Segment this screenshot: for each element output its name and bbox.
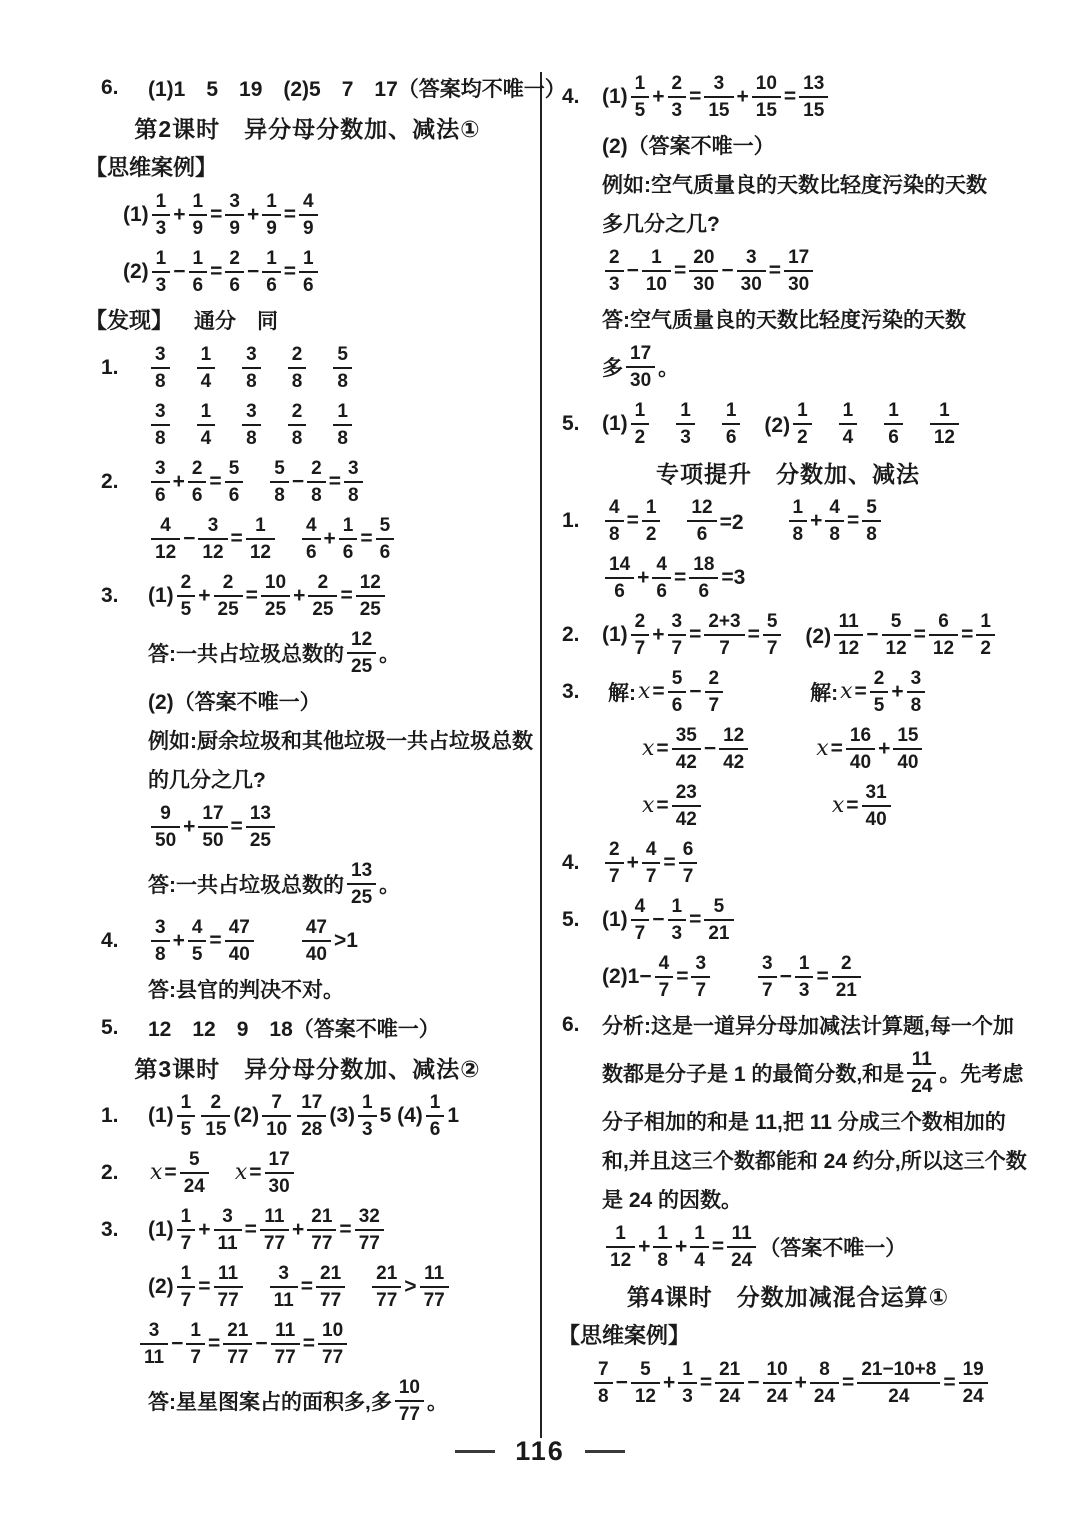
- text-run: 的几分之几?: [148, 764, 266, 794]
- fraction-numerator: 1: [152, 190, 171, 216]
- fraction-denominator: 6: [339, 540, 358, 564]
- fraction: 186: [689, 553, 718, 603]
- fraction-numerator: 16: [846, 724, 875, 750]
- fraction-denominator: 24: [727, 1248, 756, 1272]
- fraction-numerator: 6: [929, 610, 958, 636]
- fraction-numerator: 1: [676, 399, 695, 425]
- fraction-numerator: 1: [668, 895, 687, 921]
- fraction: 18: [789, 496, 808, 546]
- text-run: 和,并且这三个数都能和 24 约分,所以这三个数: [602, 1145, 1027, 1175]
- fraction: 3542: [672, 724, 701, 774]
- fraction-numerator: 17: [198, 802, 227, 828]
- answer-line: 和,并且这三个数都能和 24 约分,所以这三个数: [558, 1140, 1018, 1179]
- fraction: 524: [180, 1148, 209, 1198]
- fraction-denominator: 5: [631, 98, 650, 122]
- fraction: 4740: [302, 916, 331, 966]
- fraction: 311: [270, 1262, 298, 1312]
- text-run: 答:一共占垃圾总数的: [148, 638, 344, 668]
- fraction: 19: [189, 190, 208, 240]
- text-run: =: [231, 815, 243, 839]
- item-number: 1.: [101, 356, 119, 380]
- answer-line: 是 24 的因数。: [558, 1179, 1018, 1218]
- fraction-denominator: 6: [189, 273, 208, 297]
- fraction-numerator: 1: [722, 399, 741, 425]
- fraction: 14: [690, 1222, 709, 1272]
- fraction: 1112: [834, 610, 863, 660]
- item-number: 3.: [101, 1218, 119, 1242]
- fraction: 38: [907, 667, 926, 717]
- fraction-numerator: 5: [270, 457, 289, 483]
- fraction-denominator: 6: [151, 483, 170, 507]
- text-run: =: [284, 260, 296, 284]
- page-footer: 116: [0, 1430, 1080, 1472]
- answer-line: 4.38+45=4740 4740>1: [85, 912, 530, 969]
- fraction-numerator: 12: [347, 628, 376, 654]
- fraction-numerator: 21: [372, 1262, 401, 1288]
- text-run: [698, 409, 719, 439]
- fraction-denominator: 7: [177, 1288, 196, 1312]
- column-divider: [540, 72, 542, 1438]
- fraction-denominator: 6: [299, 273, 318, 297]
- fraction-numerator: 2: [308, 571, 337, 597]
- text-run: (2)（答案不唯一）: [602, 130, 775, 160]
- answer-line: 5.(1)47−13=521: [558, 891, 1018, 948]
- fraction-denominator: 50: [151, 828, 180, 852]
- answer-line: 4.27+47=67: [558, 834, 1018, 891]
- math-variable: x: [148, 1160, 164, 1185]
- text-run: [713, 962, 755, 992]
- fraction-numerator: 5: [225, 457, 244, 483]
- fraction-denominator: 5: [188, 942, 207, 966]
- fraction: 15: [631, 72, 650, 122]
- fraction-denominator: 8: [307, 483, 326, 507]
- fraction: 315: [704, 72, 733, 122]
- fraction: 14: [839, 399, 858, 449]
- fraction-denominator: 25: [347, 885, 376, 909]
- fraction-denominator: 6: [302, 540, 321, 564]
- fraction-denominator: 6: [884, 425, 903, 449]
- fraction-numerator: 1: [177, 1091, 196, 1117]
- fraction-denominator: 7: [605, 864, 624, 888]
- answer-line: 答:一共占垃圾总数的1325。: [85, 855, 530, 912]
- fraction-denominator: 12: [929, 636, 958, 660]
- fraction-numerator: 4: [825, 496, 844, 522]
- answer-line: 5.(1)12 13 16 (2)12 14 16 112: [558, 395, 1018, 452]
- fraction-numerator: 10: [318, 1319, 347, 1345]
- fraction-denominator: 7: [763, 636, 782, 660]
- fraction-numerator: 11: [907, 1048, 936, 1074]
- text-run: =: [700, 1371, 712, 1395]
- fraction-denominator: 30: [737, 272, 766, 296]
- answer-line: 2.36+26=56 58−28=38: [85, 453, 530, 510]
- answer-line: (1)13+19=39+19=49: [85, 186, 530, 243]
- item-number: 4.: [562, 85, 580, 109]
- fraction-numerator: 10: [763, 1358, 792, 1384]
- item-number: 2.: [562, 623, 580, 647]
- fraction: 110: [642, 246, 671, 296]
- fraction-denominator: 2: [631, 425, 650, 449]
- text-run: =: [914, 623, 926, 647]
- fraction-denominator: 15: [704, 98, 733, 122]
- fraction-denominator: 12: [834, 636, 863, 660]
- math-variable: x: [830, 793, 846, 818]
- fraction: 1225: [356, 571, 385, 621]
- fraction-numerator: 1: [177, 1205, 196, 1231]
- fraction-numerator: 1: [333, 400, 352, 426]
- fraction: 28: [307, 457, 326, 507]
- answer-line: 分子相加的和是 11,把 11 分成三个数相加的: [558, 1101, 1018, 1140]
- fraction: 28: [288, 343, 307, 393]
- fraction: 225: [308, 571, 337, 621]
- text-run: +: [198, 1218, 210, 1242]
- text-run: +: [637, 566, 649, 590]
- fraction-numerator: 3: [225, 190, 244, 216]
- fraction: 17: [177, 1262, 196, 1312]
- fraction-numerator: 1: [246, 514, 275, 540]
- fraction-denominator: 12: [606, 1248, 635, 1272]
- text-run: +: [652, 623, 664, 647]
- fraction: 48: [605, 496, 624, 546]
- fraction-numerator: 5: [376, 514, 395, 540]
- fraction-denominator: 77: [316, 1288, 345, 1312]
- text-run: (1): [148, 584, 174, 608]
- fraction: 58: [333, 343, 352, 393]
- fraction-denominator: 7: [177, 1231, 196, 1255]
- text-run: (1): [148, 1104, 174, 1128]
- text-run: =: [249, 1161, 261, 1185]
- fraction-numerator: 4: [642, 838, 661, 864]
- text-run: (1)1 5 19 (2)5 7 17（答案均不唯一）: [148, 73, 566, 103]
- text-run: [173, 353, 194, 383]
- fraction-numerator: 1: [186, 1319, 205, 1345]
- fraction: 1315: [799, 72, 828, 122]
- fraction-numerator: 3: [198, 514, 227, 540]
- fraction-numerator: 7: [262, 1091, 291, 1117]
- fraction-denominator: 8: [151, 426, 170, 450]
- text-run: =: [674, 259, 686, 283]
- fraction-denominator: 6: [376, 540, 395, 564]
- text-run: +: [638, 1235, 650, 1259]
- fraction: 521: [704, 895, 733, 945]
- answer-line: 【思维案例】: [558, 1315, 1018, 1354]
- fraction-numerator: 3: [344, 457, 363, 483]
- fraction-numerator: 3: [270, 1262, 298, 1288]
- text-run: +: [183, 815, 195, 839]
- fraction: 112: [606, 1222, 635, 1272]
- text-run: [906, 409, 927, 439]
- fraction-numerator: 1: [197, 400, 216, 426]
- text-run: =: [816, 965, 828, 989]
- fraction: 3140: [862, 781, 891, 831]
- text-run: =: [855, 680, 867, 704]
- fraction-denominator: 8: [825, 522, 844, 546]
- answer-line: (2)13−16=26−16=16: [85, 243, 530, 300]
- text-run: [860, 409, 881, 439]
- fraction: 1325: [347, 859, 376, 909]
- fraction-numerator: 18: [689, 553, 718, 579]
- section-heading: 第4课时 分数加减混合运算①: [558, 1275, 1018, 1315]
- fraction-numerator: 15: [893, 724, 922, 750]
- text-run: >: [404, 1275, 416, 1299]
- answer-line: (2)17=1177 311=2177 2177>1177: [85, 1258, 530, 1315]
- text-run: =: [329, 470, 341, 494]
- fraction-numerator: 1: [177, 1262, 196, 1288]
- math-variable: x: [640, 793, 656, 818]
- fraction-numerator: 17: [297, 1091, 326, 1117]
- fraction-denominator: 8: [288, 369, 307, 393]
- text-run: =: [689, 623, 701, 647]
- fraction: 14: [197, 343, 216, 393]
- text-run: =2: [720, 506, 786, 536]
- answer-line: 23−110=2030−330=1730: [558, 242, 1018, 299]
- fraction-numerator: 9: [151, 802, 180, 828]
- fraction-denominator: 8: [242, 369, 261, 393]
- fraction-denominator: 24: [180, 1174, 209, 1198]
- text-run: （答案不唯一）: [759, 1232, 906, 1262]
- fraction-numerator: 4: [299, 190, 318, 216]
- fraction: 48: [825, 496, 844, 546]
- fraction-numerator: 2: [870, 667, 889, 693]
- fraction-numerator: 12: [687, 496, 716, 522]
- fraction-numerator: 1: [642, 246, 671, 272]
- text-run: 解:: [726, 677, 838, 707]
- fraction: 16: [189, 247, 208, 297]
- text-run: +: [293, 584, 305, 608]
- text-run: =: [210, 260, 222, 284]
- text-run: +: [627, 851, 639, 875]
- fraction-denominator: 25: [246, 828, 275, 852]
- fraction-denominator: 12: [631, 1384, 660, 1408]
- fraction-numerator: 10: [752, 72, 781, 98]
- text-run: 第4课时 分数加减混合运算①: [627, 1279, 949, 1312]
- fraction-numerator: 1: [189, 190, 208, 216]
- math-variable: x: [233, 1160, 249, 1185]
- text-run: 答:空气质量良的天数比轻度污染的天数: [602, 304, 966, 334]
- text-run: >1: [334, 929, 358, 953]
- item-number: 5.: [101, 1016, 119, 1040]
- fraction-denominator: 77: [223, 1345, 252, 1369]
- fraction: 12: [976, 610, 995, 660]
- text-run: 分子相加的和是 11,把 11 分成三个数相加的: [602, 1106, 1006, 1136]
- fraction-denominator: 30: [689, 272, 718, 296]
- fraction-numerator: 17: [784, 246, 813, 272]
- fraction: 47: [631, 895, 650, 945]
- fraction-denominator: 77: [420, 1288, 449, 1312]
- text-run: +: [810, 509, 822, 533]
- fraction: 1540: [893, 724, 922, 774]
- fraction-denominator: 24: [959, 1384, 988, 1408]
- answer-line: 950+1750=1325: [85, 798, 530, 855]
- fraction-numerator: 2: [225, 247, 244, 273]
- fraction-denominator: 9: [299, 216, 318, 240]
- text-run: 通分 同: [173, 305, 278, 335]
- text-run: =: [676, 965, 688, 989]
- fraction-denominator: 8: [333, 426, 352, 450]
- fraction: 824: [810, 1358, 839, 1408]
- fraction-denominator: 77: [271, 1345, 300, 1369]
- item-number: 4.: [101, 929, 119, 953]
- text-run: =: [712, 1235, 724, 1259]
- fraction-numerator: 31: [862, 781, 891, 807]
- answer-line: 2.(1)27+37=2+37=57 (2)1112−512=612=12: [558, 606, 1018, 663]
- fraction: 27: [631, 610, 650, 660]
- text-run: (1): [602, 85, 628, 109]
- text-run: +: [292, 1218, 304, 1242]
- fraction: 1924: [959, 1358, 988, 1408]
- text-run: [704, 791, 830, 821]
- bold-label: 【思维案例】: [85, 151, 217, 182]
- fraction-denominator: 3: [668, 921, 687, 945]
- text-run: [348, 1272, 369, 1302]
- fraction-numerator: 3: [907, 667, 926, 693]
- fraction: 57: [763, 610, 782, 660]
- text-run: +: [675, 1235, 687, 1259]
- fraction-denominator: 4: [197, 369, 216, 393]
- text-run: (1): [602, 623, 628, 647]
- fraction: 1750: [198, 802, 227, 852]
- item-number: 3.: [562, 680, 580, 704]
- fraction: 1225: [347, 628, 376, 678]
- fraction-numerator: 4: [188, 916, 207, 942]
- fraction: 38: [151, 343, 170, 393]
- fraction-denominator: 77: [372, 1288, 401, 1312]
- fraction-denominator: 8: [605, 522, 624, 546]
- fraction-numerator: 2: [188, 457, 207, 483]
- fraction-numerator: 1: [197, 343, 216, 369]
- fraction-denominator: 7: [655, 978, 674, 1002]
- fraction-denominator: 24: [857, 1384, 940, 1408]
- fraction: 1728: [297, 1091, 326, 1141]
- bold-label: 【思维案例】: [558, 1319, 690, 1350]
- fraction-numerator: 2: [177, 571, 196, 597]
- fraction-numerator: 2: [705, 667, 724, 693]
- fraction-numerator: 5: [882, 610, 911, 636]
- fraction-numerator: 1: [339, 514, 358, 540]
- fraction: 2342: [672, 781, 701, 831]
- fraction: 311: [140, 1319, 168, 1369]
- item-number: 1.: [562, 509, 580, 533]
- fraction-denominator: 8: [789, 522, 808, 546]
- fraction: 225: [214, 571, 243, 621]
- math-variable: x: [838, 679, 854, 704]
- text-run: 多几分之几?: [602, 208, 720, 238]
- text-run: =: [748, 623, 760, 647]
- answer-line: 1.(1)15 215 (2)710 1728 (3)13 5 (4)16 1: [85, 1087, 530, 1144]
- answer-line: 数都是分子是 1 的最简分数,和是1124。先考虑: [558, 1044, 1018, 1101]
- fraction-numerator: 1: [930, 399, 959, 425]
- fraction-denominator: 5: [177, 597, 196, 621]
- fraction-numerator: 1: [789, 496, 808, 522]
- fraction-denominator: 7: [642, 864, 661, 888]
- text-run: 答:一共占垃圾总数的: [148, 869, 344, 899]
- fraction: 26: [225, 247, 244, 297]
- fraction-denominator: 6: [225, 483, 244, 507]
- fraction-denominator: 77: [395, 1402, 424, 1426]
- fraction: 18: [333, 400, 352, 450]
- fraction-numerator: 3: [691, 952, 710, 978]
- text-run: (1): [602, 412, 628, 436]
- text-run: 数都是分子是 1 的最简分数,和是: [602, 1058, 904, 1088]
- fraction-numerator: 1: [653, 1222, 672, 1248]
- fraction: 78: [594, 1358, 613, 1408]
- fraction: 38: [242, 343, 261, 393]
- text-run: =: [210, 203, 222, 227]
- fraction: 2+37: [704, 610, 744, 660]
- fraction-numerator: 1: [606, 1222, 635, 1248]
- text-run: +: [247, 203, 259, 227]
- text-run: =: [674, 566, 686, 590]
- text-run: 。: [658, 352, 679, 382]
- item-number: 5.: [562, 412, 580, 436]
- answer-line: 例如:厨余垃圾和其他垃圾一共占垃圾总数: [85, 720, 530, 759]
- answer-line: 3.解:x=56−27 解:x=25+38: [558, 663, 1018, 720]
- fraction-denominator: 6: [188, 483, 207, 507]
- fraction-denominator: 4: [690, 1248, 709, 1272]
- answer-line: 311−17=2177−1177=1077: [85, 1315, 530, 1372]
- answer-line: 5.12 12 9 18（答案不唯一）: [85, 1008, 530, 1047]
- item-number: 4.: [562, 851, 580, 875]
- fraction-denominator: 7: [705, 693, 724, 717]
- fraction-denominator: 6: [225, 273, 244, 297]
- fraction-numerator: 2: [307, 457, 326, 483]
- fraction-denominator: 21: [704, 921, 733, 945]
- item-number: 2.: [101, 1161, 119, 1185]
- text-run: 。: [379, 638, 400, 668]
- fraction: 58: [270, 457, 289, 507]
- text-run: [264, 410, 285, 440]
- fraction: 39: [225, 190, 244, 240]
- fraction-numerator: 4: [631, 895, 650, 921]
- workbook-page: 6.(1)1 5 19 (2)5 7 17（答案均不唯一）第2课时 异分母分数加…: [0, 0, 1080, 1528]
- text-run: =: [847, 509, 859, 533]
- fraction-denominator: 40: [862, 807, 891, 831]
- fraction: 15: [177, 1091, 196, 1141]
- section-heading: 第3课时 异分母分数加、减法②: [85, 1047, 530, 1087]
- fraction: 1640: [846, 724, 875, 774]
- answer-line: 多几分之几?: [558, 203, 1018, 242]
- answer-line: 1.48=12 126=2 18+48=58: [558, 492, 1018, 549]
- fraction-numerator: 1: [690, 1222, 709, 1248]
- fraction-denominator: 12: [151, 540, 180, 564]
- answer-line: 412−312=112 46+16=56: [85, 510, 530, 567]
- text-run: [257, 926, 299, 956]
- text-run: =: [784, 85, 796, 109]
- text-run: [663, 506, 684, 536]
- fraction-denominator: 8: [151, 369, 170, 393]
- fraction: 412: [151, 514, 180, 564]
- text-run: =: [663, 851, 675, 875]
- fraction-denominator: 8: [242, 426, 261, 450]
- fraction-denominator: 3: [152, 273, 171, 297]
- fraction-denominator: 7: [631, 636, 650, 660]
- fraction-numerator: 11: [260, 1205, 289, 1231]
- text-run: =: [164, 1161, 176, 1185]
- fraction-denominator: 10: [262, 1117, 291, 1141]
- item-number: 6.: [562, 1013, 580, 1037]
- fraction: 312: [198, 514, 227, 564]
- answer-line: 3.(1)17+311=1177+2177=3277: [85, 1201, 530, 1258]
- fraction-denominator: 12: [930, 425, 959, 449]
- fraction-numerator: 3: [242, 400, 261, 426]
- text-run: (2): [123, 260, 149, 284]
- text-run: −: [866, 623, 878, 647]
- fraction-denominator: 24: [907, 1074, 936, 1098]
- fraction-numerator: 4: [605, 496, 624, 522]
- answer-line: 6.(1)1 5 19 (2)5 7 17（答案均不唯一）: [85, 68, 530, 107]
- fraction-numerator: 1: [262, 190, 281, 216]
- footer-dash-right: [585, 1450, 625, 1453]
- page-number: 116: [515, 1436, 565, 1467]
